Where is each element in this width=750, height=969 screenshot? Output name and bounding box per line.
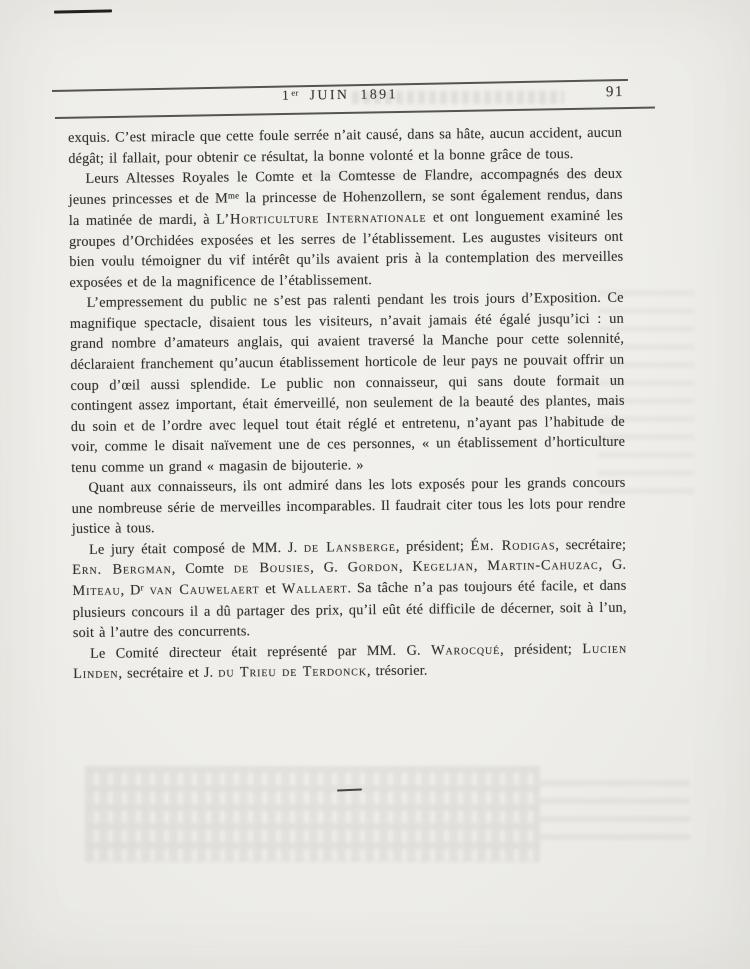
text-segment: exquis. C’est miracle que cette foule se… (68, 125, 622, 167)
text-segment: , (474, 558, 488, 574)
small-caps-text: de Bousies (234, 560, 311, 577)
header-date: 1er JUIN 1891 (225, 85, 455, 104)
text-segment: , (399, 559, 413, 575)
small-caps-text: Ém. Rodigas (470, 537, 555, 554)
paragraph: L’empressement du public ne s’est pas ra… (70, 288, 626, 478)
end-divider-rule (337, 788, 362, 791)
paragraph: Leurs Altesses Royales le Comte et la Co… (68, 164, 623, 294)
header-rule-bottom (55, 107, 655, 119)
paragraph: Le Comité directeur était représenté par… (73, 638, 627, 684)
text-segment: , secrétaire; (555, 537, 626, 554)
scanned-journal-page: 1er JUIN 1891 91 exquis. C’est miracle q… (0, 0, 750, 969)
small-caps-text: Ern. Bergman (72, 562, 172, 579)
text-block: exquis. C’est miracle que cette foule se… (68, 123, 627, 685)
small-caps-text: Gordon (348, 559, 399, 575)
scan-edge-mark (54, 9, 112, 13)
text-segment: , président; (500, 641, 582, 658)
text-segment: , Comte (172, 561, 234, 578)
text-segment: , D (120, 582, 140, 598)
small-caps-text: van Cauwelaert (150, 581, 260, 598)
text-segment: , trésorier. (367, 663, 428, 680)
superscript-text: er (291, 88, 298, 98)
text-segment: L’empressement du public ne s’est pas ra… (70, 290, 625, 476)
bleedthrough-ghost-text (85, 766, 540, 862)
small-caps-text: du Trieu de Terdonck (218, 663, 367, 680)
paragraph: exquis. C’est miracle que cette foule se… (68, 123, 622, 169)
text-segment: , G. (598, 557, 626, 573)
small-caps-text: Warocqué (431, 642, 500, 659)
text-segment: , G. (310, 560, 348, 576)
page-number: 91 (606, 84, 646, 102)
paragraph: Quant aux connaisseurs, ils ont admiré d… (71, 473, 626, 540)
text-segment: , président; (396, 538, 471, 555)
small-caps-text: Miteau (72, 583, 120, 599)
bleedthrough-ghost-text (540, 780, 690, 850)
paragraph: Le jury était composé de MM. J. de Lansb… (72, 535, 627, 644)
text-segment: JUIN 1891 (299, 86, 399, 102)
text-segment: , secrétaire et J. (118, 665, 218, 682)
small-caps-text: Martin-Cahuzac (487, 557, 598, 574)
small-caps-text: de Lansberge (304, 539, 396, 556)
text-segment: et (259, 581, 281, 597)
small-caps-text: Wallaert (282, 580, 348, 597)
text-segment: Le jury était composé de MM. J. (89, 540, 304, 558)
small-caps-text: L’Horticulture Internationale (216, 210, 427, 228)
text-segment: Le Comité directeur était représenté par… (90, 642, 431, 661)
superscript-text: me (228, 190, 240, 200)
text-segment: Quant aux connaisseurs, ils ont admiré d… (72, 475, 626, 537)
small-caps-text: Kegeljan (412, 559, 474, 576)
superscript-text: r (141, 583, 144, 593)
